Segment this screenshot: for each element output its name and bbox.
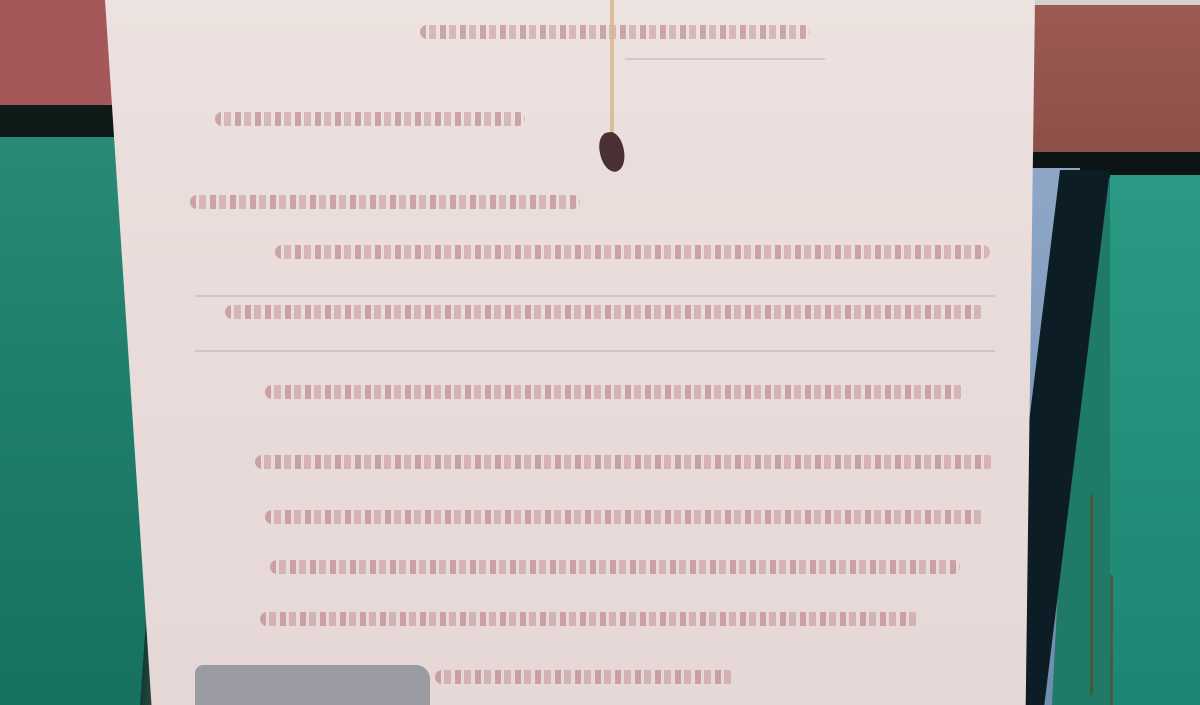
handwritten-line [265, 510, 985, 524]
gray-object-foreground [195, 665, 430, 705]
handwritten-line [255, 455, 995, 469]
handwritten-notice-paper: Photo of a handwritten notice in Devanag… [105, 0, 1035, 705]
rust-streak [1090, 495, 1093, 695]
title-underline [625, 58, 825, 60]
handwritten-line [275, 245, 990, 259]
hanging-string [610, 0, 614, 140]
green-painted-panel-right [1110, 175, 1200, 705]
handwritten-line [265, 385, 965, 399]
red-painted-panel-right [1030, 5, 1200, 160]
handwritten-line [435, 670, 735, 684]
handwritten-line [190, 195, 580, 209]
rust-streak [1110, 575, 1113, 705]
handwritten-line [225, 305, 985, 319]
handwritten-line [215, 112, 525, 126]
handwritten-line [270, 560, 960, 574]
handwritten-line [260, 612, 920, 626]
paper-rule [195, 295, 995, 297]
paper-rule [195, 350, 995, 352]
handwritten-title [420, 25, 810, 39]
